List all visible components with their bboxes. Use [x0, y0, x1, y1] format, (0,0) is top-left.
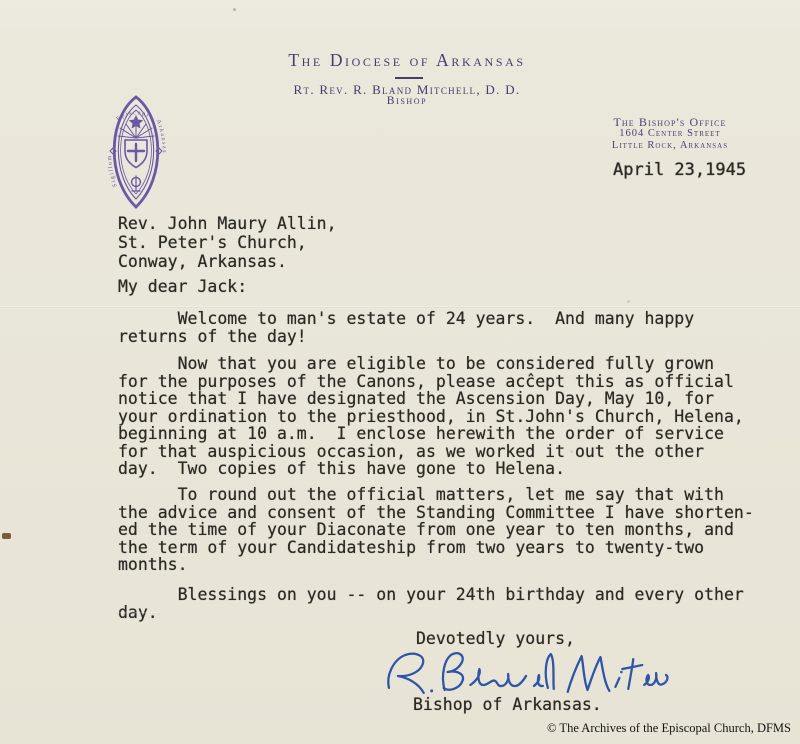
paragraph-2: Now that you are eligible to be consider…: [118, 355, 744, 478]
salutation: My dear Jack:: [118, 278, 247, 296]
office-city: Little Rock, Arkansas: [588, 140, 752, 151]
paper-speck: [570, 450, 573, 453]
paragraph-4: Blessings on you -- on your 24th birthda…: [118, 586, 744, 621]
paper-crease: [0, 306, 800, 308]
paper-speck: [627, 300, 630, 303]
letterhead-organization: The Diocese of Arkansas: [0, 50, 800, 71]
recipient-address: Rev. John Maury Allin, St. Peter's Churc…: [118, 214, 337, 271]
letterhead-bishop-title: Bishop: [0, 95, 800, 107]
paragraph-1: Welcome to man's estate of 24 years. And…: [118, 310, 694, 345]
letter-date: April 23,1945: [613, 162, 746, 180]
paper-speck: [233, 8, 236, 11]
archive-copyright: © The Archives of the Episcopal Church, …: [547, 721, 791, 736]
paragraph-3: To round out the official matters, let m…: [118, 486, 754, 574]
office-street: 1604 Center Street: [588, 128, 752, 139]
ink-stain: [2, 533, 11, 539]
signature-handwriting: [383, 647, 671, 701]
closing-valediction: Devotedly yours,: [416, 630, 575, 648]
diocese-seal: Episcopi Sigillum Arkansas: [90, 94, 182, 212]
letterhead-rule: [395, 77, 423, 79]
signer-title: Bishop of Arkansas.: [413, 696, 602, 714]
letter-page: Episcopi Sigillum Arkansas The Diocese o…: [0, 0, 800, 744]
